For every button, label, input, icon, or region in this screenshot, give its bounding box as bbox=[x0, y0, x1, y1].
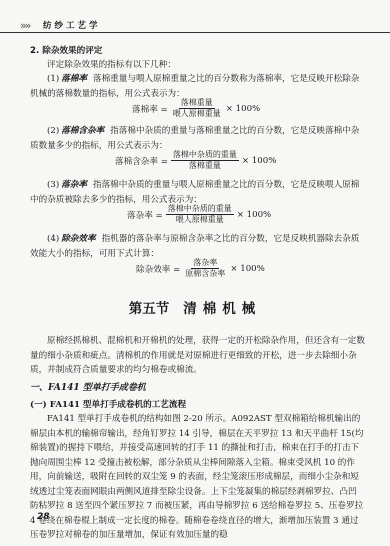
paragraph-item-3: (3)落杂率指落棉中杂质的重量与喂人原棉重量之比的百分数，它是反映喂人原棉中的杂… bbox=[30, 178, 365, 207]
denominator: 原棉含杂率 bbox=[183, 269, 227, 279]
numerator: 落棉重量 bbox=[179, 98, 215, 109]
body-paragraph: FA141 型单打手成卷机的结构如图 2-20 所示。A092AST 型双棉箱给… bbox=[30, 412, 365, 543]
formula-rhs: × 100% bbox=[226, 104, 261, 114]
header-rule bbox=[0, 32, 390, 33]
fraction: 落棉中杂质的重量落棉重量 bbox=[171, 150, 239, 171]
numerator: 落棉中杂质的重量 bbox=[166, 204, 234, 215]
page-number: 28 bbox=[37, 512, 50, 522]
paragraph-item-4: (4)除杂效率指机器的落杂率与原棉含杂率之比的百分数，它是反映机器除去杂质效能大… bbox=[30, 232, 365, 261]
section-name: 清棉机械 bbox=[183, 301, 261, 317]
paragraph-item-1: (1)落棉率落棉重量与喂人原棉重量之比的百分数称为落棉率，它是反映开松除杂机械的… bbox=[30, 72, 365, 101]
section-intro: 评定除杂效果的指标有以下几种： bbox=[30, 58, 365, 73]
section-heading: 2. 除杂效果的评定 bbox=[30, 44, 365, 59]
book-title: 纺纱工艺学 bbox=[43, 19, 101, 31]
denominator: 喂人原棉重量 bbox=[171, 109, 223, 119]
denominator: 落棉重量 bbox=[187, 161, 223, 171]
formula-lhs: 落棉率 = bbox=[132, 103, 168, 115]
formula-rhs: × 100% bbox=[237, 210, 272, 220]
numerator: 落杂率 bbox=[191, 258, 219, 269]
paragraph-item-2: (2)落棉含杂率指落棉中杂质的重量与落棉重量之比的百分数，它是反映落棉中杂质数量… bbox=[30, 124, 365, 153]
fraction: 落棉重量喂人原棉重量 bbox=[171, 98, 223, 119]
fraction: 落棉中杂质的重量喂人原棉重量 bbox=[166, 204, 234, 225]
subsection-heading: 一、FA141 型单打手成卷机 bbox=[30, 380, 146, 393]
term: 落杂率 bbox=[61, 180, 87, 190]
item-number: (1) bbox=[47, 74, 59, 84]
section-title: 第五节清棉机械 bbox=[0, 297, 390, 317]
formula-lhs: 落杂率 = bbox=[127, 209, 163, 221]
formula-3: 落杂率 = 落棉中杂质的重量喂人原棉重量 × 100% bbox=[127, 204, 271, 225]
formula-lhs: 除杂效率 = bbox=[136, 263, 180, 275]
fraction: 落杂率原棉含杂率 bbox=[183, 258, 227, 279]
term: 除杂效率 bbox=[61, 234, 95, 244]
denominator: 喂人原棉重量 bbox=[174, 215, 226, 225]
item-number: (2) bbox=[47, 126, 59, 136]
chevron-right-icon: »» bbox=[20, 19, 29, 32]
formula-2: 落棉含杂率 = 落棉中杂质的重量落棉重量 × 100% bbox=[115, 150, 276, 171]
formula-4: 除杂效率 = 落杂率原棉含杂率 × 100% bbox=[136, 258, 265, 279]
formula-rhs: × 100% bbox=[242, 156, 277, 166]
section-intro-paragraph: 原棉经抓棉机、混棉机和开棉机的处理，获得一定的开松除杂作用，但还含有一定数量的细… bbox=[30, 334, 365, 378]
formula-lhs: 落棉含杂率 = bbox=[115, 155, 168, 167]
term: 落棉含杂率 bbox=[61, 126, 104, 136]
term: 落棉率 bbox=[61, 74, 87, 84]
formula-1: 落棉率 = 落棉重量喂人原棉重量 × 100% bbox=[132, 98, 260, 119]
section-number: 第五节 bbox=[129, 301, 170, 317]
numerator: 落棉中杂质的重量 bbox=[171, 150, 239, 161]
item-number: (3) bbox=[47, 180, 59, 190]
running-header: »» 纺纱工艺学 bbox=[0, 17, 390, 33]
item-number: (4) bbox=[47, 234, 59, 244]
formula-rhs: × 100% bbox=[230, 264, 265, 274]
subsubsection-heading: (一) FA141 型单打手成卷机的工艺流程 bbox=[30, 398, 186, 410]
